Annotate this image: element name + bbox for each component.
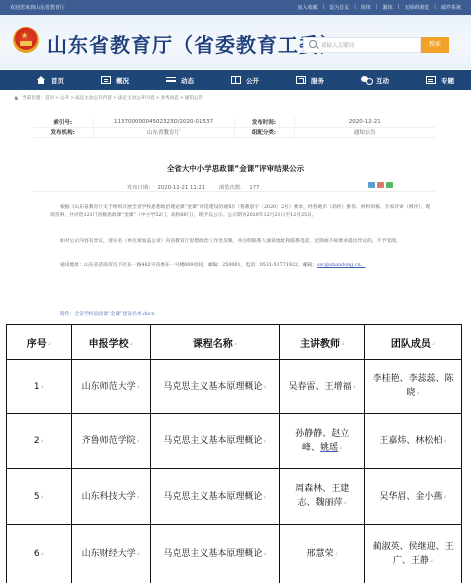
cell-no: 1↲ [7,360,72,414]
email-link[interactable]: szc@shandong.cn。 [317,263,365,268]
cell-no: 2↲ [7,414,72,469]
breadcrumb-item[interactable]: 公开 [60,95,69,101]
nav-label: 首页 [51,76,64,85]
breadcrumb-separator: > [156,96,160,101]
breadcrumb-separator: > [55,96,59,101]
cell-school: 山东科技大学↲ [71,469,150,525]
column-header-course: 课程名称↲ [150,325,280,360]
cell-teachers: 周森林、王建志、魏丽萍↲ [280,469,365,525]
table-row: 5↲ 山东科技大学↲ 马克思主义基本原理概论↲ 周森林、王建志、魏丽萍↲ 吴华眉… [7,469,462,525]
nav-item-home[interactable]: 首页 [36,76,64,85]
nav-item-service[interactable]: 服务 [296,76,324,85]
service-icon [296,76,306,84]
article-paragraph: 如对公示内容有异议，请实名（单位须加盖公章）向省教育厅思想政治工作处反映，并注明… [50,238,435,246]
breadcrumb-item[interactable]: 法定主动公开内容 [118,95,155,101]
nav-item-news[interactable]: 动态 [166,76,194,85]
utility-links: 加入收藏| 设为首页| 简体| 繁体| 无障碍浏览| 邮件系统 [297,4,461,11]
breadcrumb-separator: > [180,96,184,101]
cell-course: 马克思主义基本原理概论↲ [150,469,280,525]
link-simplified[interactable]: 简体 [361,4,371,11]
share-buttons [368,182,393,188]
table-header-row: 序号↲ 申报学校↲ 课程名称↲ 主讲教师↲ 团队成员↲ [7,325,462,360]
search-box[interactable] [303,37,421,53]
org-label: 发布机构: [33,127,93,137]
cell-team: 王嘉炜、林松柏↲ [365,414,462,469]
national-emblem-icon[interactable]: ★ [13,27,39,53]
nav-label: 概况 [116,76,129,85]
location-home-icon [14,96,19,100]
date-label: 发布时间: [234,117,294,127]
cell-course: 马克思主义基本原理概论↲ [150,414,280,469]
cell-no: 6↲ [7,525,72,583]
divider [33,191,435,192]
nav-item-public[interactable]: 公开 [231,76,259,85]
cell-teachers: 孙静静、赵立峰、姚瑶↲ [280,414,365,469]
article-info: 发布日期：2020-12-21 11:21 浏览次数：177 [127,183,264,191]
table-row: 2↲ 齐鲁师范学院↲ 马克思主义基本原理概论↲ 孙静静、赵立峰、姚瑶↲ 王嘉炜、… [7,414,462,469]
separator: | [351,4,359,11]
nav-label: 服务 [311,76,324,85]
separator: | [373,4,381,11]
search-icon [309,40,317,48]
attachment-link[interactable]: 附件：全省学校思政课“金课”建设名单.docx [60,310,155,317]
article-paragraph-contact: 通讯地址：山东省济南市历下区东一路482号省委东一号楼609房间，邮编：2500… [50,262,435,270]
overview-icon [101,76,111,84]
document-meta-table: 索引号: 11370000004502323D/2020-01537 发布时间:… [33,117,435,138]
welcome-text: 欢迎您来到山东省教育厅 [10,4,65,11]
column-header-no: 序号↲ [7,325,72,360]
column-header-school: 申报学校↲ [71,325,150,360]
top-utility-bar: 欢迎您来到山东省教育厅 加入收藏| 设为首页| 简体| 繁体| 无障碍浏览| 邮… [0,0,471,15]
cell-course: 马克思主义基本原理概论↲ [150,525,280,583]
date-value: 2020-12-21 [294,117,435,127]
separator: | [319,4,327,11]
link-traditional[interactable]: 繁体 [383,4,393,11]
breadcrumb-separator: > [70,96,74,101]
cell-teachers: 邢慧荣↲ [280,525,365,583]
cell-teachers: 吴春雷、王增福↲ [280,360,365,414]
category-value: 通知公告 [294,127,435,137]
separator: | [431,4,439,11]
column-header-teacher: 主讲教师↲ [280,325,365,360]
link-accessibility[interactable]: 无障碍浏览 [404,4,429,11]
breadcrumb-item[interactable]: 法定主动公开内容 [75,95,112,101]
link-add-favorite[interactable]: 加入收藏 [297,4,317,11]
news-icon [166,76,176,84]
results-table: 序号↲ 申报学校↲ 课程名称↲ 主讲教师↲ 团队成员↲ 1↲ 山东师范大学↲ 马… [6,324,462,583]
category-label: 组配分类: [234,127,294,137]
topic-icon [426,76,436,84]
nav-label: 公开 [246,76,259,85]
main-nav: 首页 概况 动态 公开 服务 互动 专题 [0,70,471,90]
nav-item-overview[interactable]: 概况 [101,76,129,85]
nav-label: 互动 [376,76,389,85]
cell-team: 李桂艳、李蕊蕊、陈晓↲ [365,360,462,414]
home-icon [36,76,46,84]
breadcrumb-item[interactable]: 业务动态 [160,95,178,101]
article-title: 全省大中小学思政课“金课”评审结果公示 [0,163,471,174]
cell-no: 5↲ [7,469,72,525]
contact-text: 通讯地址：山东省济南市历下区东一路482号省委东一号楼609房间，邮编：2500… [60,263,317,268]
nav-label: 专题 [441,76,454,85]
org-value: 山东省教育厅 [93,127,234,137]
site-title[interactable]: 山东省教育厅（省委教育工委） [47,29,341,58]
nav-item-interact[interactable]: 互动 [361,76,389,85]
book-icon [231,76,241,84]
star-icon: ★ [21,32,28,40]
share-wechat-icon[interactable] [386,182,393,188]
separator: | [395,4,403,11]
breadcrumb-item[interactable]: 通知公告 [185,95,203,101]
link-set-homepage[interactable]: 设为首页 [329,4,349,11]
cell-course: 马克思主义基本原理概论↲ [150,360,280,414]
breadcrumb: 当前位置： 首页> 公开> 法定主动公开内容> 法定主动公开内容> 业务动态> … [14,95,203,101]
cell-school: 山东财经大学↲ [71,525,150,583]
cell-team: 蔺淑英、侯继迎、王广、王静↲ [365,525,462,583]
table-row: 6↲ 山东财经大学↲ 马克思主义基本原理概论↲ 邢慧荣↲ 蔺淑英、侯继迎、王广、… [7,525,462,583]
index-value: 11370000004502323D/2020-01537 [93,117,234,127]
share-weibo-icon[interactable] [377,182,384,188]
link-mail[interactable]: 邮件系统 [441,4,461,11]
nav-label: 动态 [181,76,194,85]
breadcrumb-prefix: 当前位置： [22,95,45,101]
cell-school: 齐鲁师范学院↲ [71,414,150,469]
search-input[interactable] [321,40,417,51]
column-header-team: 团队成员↲ [365,325,462,360]
index-label: 索引号: [33,117,93,127]
nav-item-topic[interactable]: 专题 [426,76,454,85]
chat-icon [361,76,371,84]
search-button[interactable]: 搜索 [421,37,449,53]
table-row: 1↲ 山东师范大学↲ 马克思主义基本原理概论↲ 吴春雷、王增福↲ 李桂艳、李蕊蕊… [7,360,462,414]
breadcrumb-item[interactable]: 首页 [45,95,54,101]
article-paragraph: 根据《山东省教育厅关于组织开展全省学校思想政治理论课“金课”评选建设的通知》（鲁… [50,204,435,220]
gate-icon [20,41,32,46]
share-qzone-icon[interactable] [368,182,375,188]
cell-team: 吴华眉、金小燕↲ [365,469,462,525]
breadcrumb-separator: > [113,96,117,101]
cell-school: 山东师范大学↲ [71,360,150,414]
